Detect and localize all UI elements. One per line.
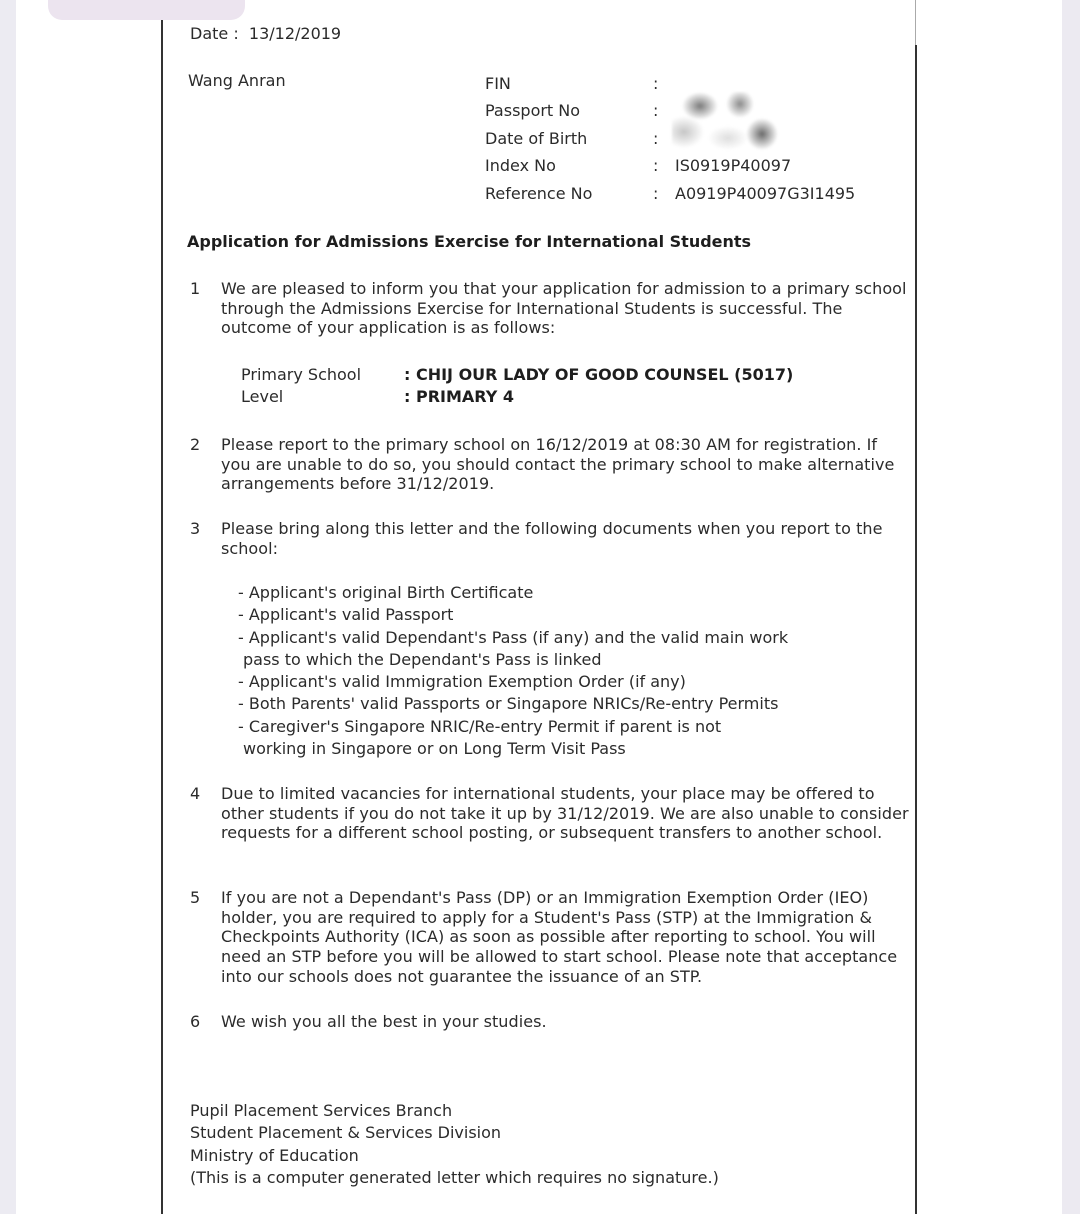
top-overlay-tab bbox=[48, 0, 245, 20]
required-documents-list: - Applicant's original Birth Certificate… bbox=[238, 582, 838, 760]
document-item: - Applicant's valid Dependant's Pass (if… bbox=[238, 627, 838, 649]
letter-border-right-top bbox=[915, 0, 916, 45]
signature-branch: Pupil Placement Services Branch bbox=[190, 1100, 719, 1122]
paragraph-number: 2 bbox=[190, 435, 200, 455]
left-margin-strip bbox=[0, 0, 16, 1214]
fin-colon: : bbox=[653, 74, 658, 94]
letter-border-left bbox=[161, 20, 163, 1214]
recipient-name: Wang Anran bbox=[188, 71, 286, 91]
index-value: IS0919P40097 bbox=[675, 156, 791, 176]
paragraph-2: Please report to the primary school on 1… bbox=[221, 435, 911, 494]
dob-label: Date of Birth bbox=[485, 129, 587, 149]
paragraph-6: We wish you all the best in your studies… bbox=[221, 1012, 911, 1032]
index-colon: : bbox=[653, 156, 658, 176]
paragraph-4: Due to limited vacancies for internation… bbox=[221, 784, 911, 843]
school-label: Primary School bbox=[241, 365, 361, 385]
paragraph-number: 3 bbox=[190, 519, 200, 539]
dob-colon: : bbox=[653, 129, 658, 149]
redaction-smudge bbox=[672, 92, 782, 152]
reference-value: A0919P40097G3I1495 bbox=[675, 184, 855, 204]
level-value: : PRIMARY 4 bbox=[404, 387, 514, 407]
document-item: - Applicant's valid Immigration Exemptio… bbox=[238, 671, 838, 693]
passport-label: Passport No bbox=[485, 101, 580, 121]
paragraph-1: We are pleased to inform you that your a… bbox=[221, 279, 911, 338]
paragraph-number: 6 bbox=[190, 1012, 200, 1032]
document-item-continued: working in Singapore or on Long Term Vis… bbox=[238, 738, 838, 760]
index-label: Index No bbox=[485, 156, 556, 176]
letter-date: Date : 13/12/2019 bbox=[190, 24, 341, 44]
letter-border-right bbox=[915, 45, 917, 1214]
paragraph-3: Please bring along this letter and the f… bbox=[221, 519, 911, 558]
paragraph-5: If you are not a Dependant's Pass (DP) o… bbox=[221, 888, 911, 987]
signature-note: (This is a computer generated letter whi… bbox=[190, 1167, 719, 1189]
right-margin-strip bbox=[1062, 0, 1080, 1214]
document-item: - Applicant's original Birth Certificate bbox=[238, 582, 838, 604]
date-label: Date : bbox=[190, 24, 239, 43]
reference-colon: : bbox=[653, 184, 658, 204]
signature-ministry: Ministry of Education bbox=[190, 1145, 719, 1167]
reference-label: Reference No bbox=[485, 184, 592, 204]
signature-block: Pupil Placement Services Branch Student … bbox=[190, 1100, 719, 1189]
passport-colon: : bbox=[653, 101, 658, 121]
document-item: - Both Parents' valid Passports or Singa… bbox=[238, 693, 838, 715]
document-item: - Caregiver's Singapore NRIC/Re-entry Pe… bbox=[238, 716, 838, 738]
date-value: 13/12/2019 bbox=[249, 24, 341, 43]
signature-division: Student Placement & Services Division bbox=[190, 1122, 719, 1144]
letter-subject: Application for Admissions Exercise for … bbox=[187, 232, 751, 252]
document-item-continued: pass to which the Dependant's Pass is li… bbox=[238, 649, 838, 671]
paragraph-number: 5 bbox=[190, 888, 200, 908]
fin-label: FIN bbox=[485, 74, 511, 94]
paragraph-number: 4 bbox=[190, 784, 200, 804]
school-value: : CHIJ OUR LADY OF GOOD COUNSEL (5017) bbox=[404, 365, 793, 385]
level-label: Level bbox=[241, 387, 283, 407]
document-item: - Applicant's valid Passport bbox=[238, 604, 838, 626]
paragraph-number: 1 bbox=[190, 279, 200, 299]
